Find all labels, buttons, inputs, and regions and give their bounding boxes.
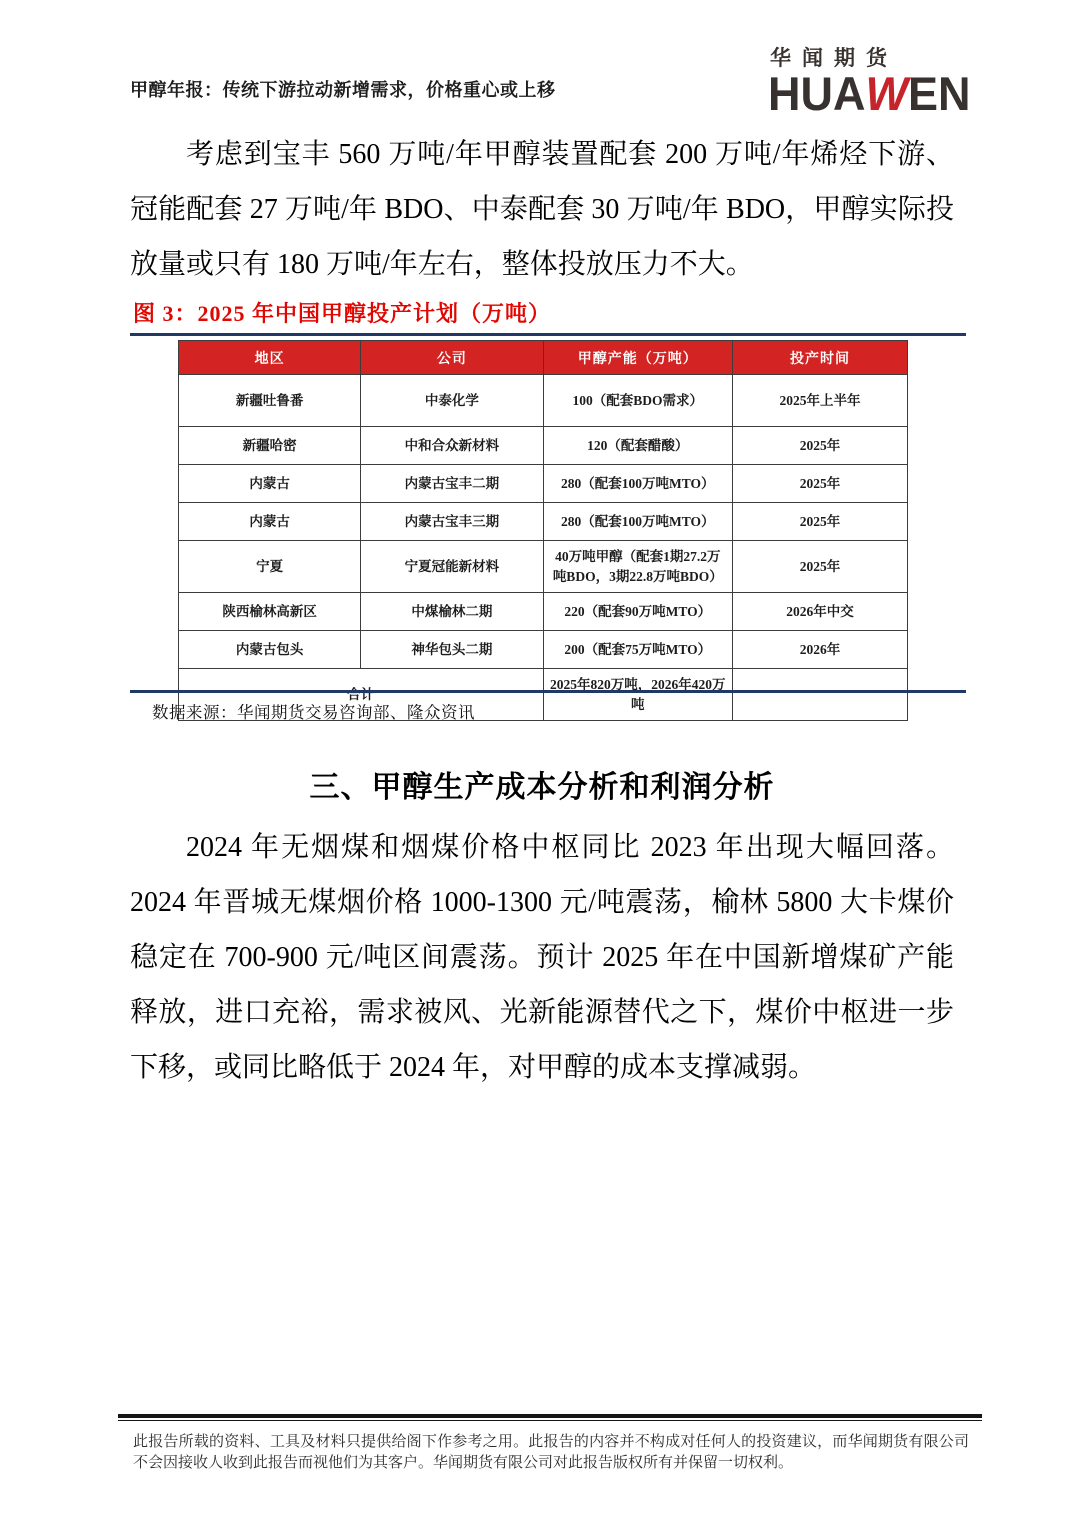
cell-time: 2025年 bbox=[733, 427, 908, 465]
cell-time: 2025年 bbox=[733, 465, 908, 503]
cell-company: 中泰化学 bbox=[361, 375, 543, 427]
cell-company: 中和合众新材料 bbox=[361, 427, 543, 465]
figure-bottom-rule bbox=[130, 690, 966, 693]
cell-company: 内蒙古宝丰二期 bbox=[361, 465, 543, 503]
cell-time: 2025年上半年 bbox=[733, 375, 908, 427]
cell-time: 2025年 bbox=[733, 541, 908, 593]
cell-company: 内蒙古宝丰三期 bbox=[361, 503, 543, 541]
body-paragraph-2: 2024 年无烟煤和烟煤价格中枢同比 2023 年出现大幅回落。2024 年晋城… bbox=[130, 820, 954, 1095]
table-header-row: 地区 公司 甲醇产能（万吨） 投产时间 bbox=[179, 341, 908, 375]
cell-time: 2026年中交 bbox=[733, 593, 908, 631]
capacity-plan-table: 地区 公司 甲醇产能（万吨） 投产时间 新疆吐鲁番 中泰化学 100（配套BDO… bbox=[178, 340, 908, 721]
footer-divider bbox=[118, 1414, 982, 1421]
cell-capacity: 280（配套100万吨MTO） bbox=[543, 465, 733, 503]
body-paragraph-1: 考虑到宝丰 560 万吨/年甲醇装置配套 200 万吨/年烯烃下游、冠能配套 2… bbox=[130, 127, 954, 292]
report-title: 甲醇年报：传统下游拉动新增需求，价格重心或上移 bbox=[130, 76, 556, 102]
logo-wordmark: HUAWEN bbox=[768, 70, 980, 117]
header-company: 公司 bbox=[361, 341, 543, 375]
figure-top-rule bbox=[130, 333, 966, 336]
table-row: 新疆吐鲁番 中泰化学 100（配套BDO需求） 2025年上半年 bbox=[179, 375, 908, 427]
cell-region: 宁夏 bbox=[179, 541, 361, 593]
header-region: 地区 bbox=[179, 341, 361, 375]
header-start-time: 投产时间 bbox=[733, 341, 908, 375]
cell-region: 内蒙古 bbox=[179, 503, 361, 541]
table-row: 内蒙古 内蒙古宝丰三期 280（配套100万吨MTO） 2025年 bbox=[179, 503, 908, 541]
cell-time: 2026年 bbox=[733, 631, 908, 669]
logo-hua: HUA bbox=[768, 67, 866, 121]
cell-capacity: 200（配套75万吨MTO） bbox=[543, 631, 733, 669]
cell-company: 中煤榆林二期 bbox=[361, 593, 543, 631]
cell-time: 2025年 bbox=[733, 503, 908, 541]
header-capacity: 甲醇产能（万吨） bbox=[543, 341, 733, 375]
cell-region: 新疆哈密 bbox=[179, 427, 361, 465]
cell-region: 内蒙古包头 bbox=[179, 631, 361, 669]
section-heading: 三、甲醇生产成本分析和利润分析 bbox=[130, 762, 954, 806]
cell-company: 宁夏冠能新材料 bbox=[361, 541, 543, 593]
data-source-line: 数据来源：华闻期货交易咨询部、隆众资讯 bbox=[152, 699, 475, 723]
footer-disclaimer: 此报告所载的资料、工具及材料只提供给阁下作参考之用。此报告的内容并不构成对任何人… bbox=[133, 1431, 969, 1473]
cell-capacity: 120（配套醋酸） bbox=[543, 427, 733, 465]
cell-capacity: 40万吨甲醇（配套1期27.2万吨BDO，3期22.8万吨BDO） bbox=[543, 541, 733, 593]
total-time bbox=[733, 669, 908, 721]
logo-red-w: W bbox=[866, 67, 908, 121]
cell-region: 陕西榆林高新区 bbox=[179, 593, 361, 631]
logo-en-suffix: EN bbox=[908, 67, 971, 121]
cell-region: 新疆吐鲁番 bbox=[179, 375, 361, 427]
table-row: 新疆哈密 中和合众新材料 120（配套醋酸） 2025年 bbox=[179, 427, 908, 465]
cell-capacity: 220（配套90万吨MTO） bbox=[543, 593, 733, 631]
total-capacity: 2025年820万吨，2026年420万吨 bbox=[543, 669, 733, 721]
cell-capacity: 280（配套100万吨MTO） bbox=[543, 503, 733, 541]
huawen-logo: 华闻期货 HUAWEN bbox=[768, 48, 980, 116]
report-page: { "header": { "report_title": "甲醇年报：传统下游… bbox=[0, 0, 1080, 1527]
table-row: 内蒙古 内蒙古宝丰二期 280（配套100万吨MTO） 2025年 bbox=[179, 465, 908, 503]
table-row: 内蒙古包头 神华包头二期 200（配套75万吨MTO） 2026年 bbox=[179, 631, 908, 669]
table-row: 宁夏 宁夏冠能新材料 40万吨甲醇（配套1期27.2万吨BDO，3期22.8万吨… bbox=[179, 541, 908, 593]
cell-region: 内蒙古 bbox=[179, 465, 361, 503]
cell-company: 神华包头二期 bbox=[361, 631, 543, 669]
cell-capacity: 100（配套BDO需求） bbox=[543, 375, 733, 427]
table-row: 陕西榆林高新区 中煤榆林二期 220（配套90万吨MTO） 2026年中交 bbox=[179, 593, 908, 631]
figure-3-caption: 图 3：2025 年中国甲醇投产计划（万吨） bbox=[133, 297, 551, 328]
